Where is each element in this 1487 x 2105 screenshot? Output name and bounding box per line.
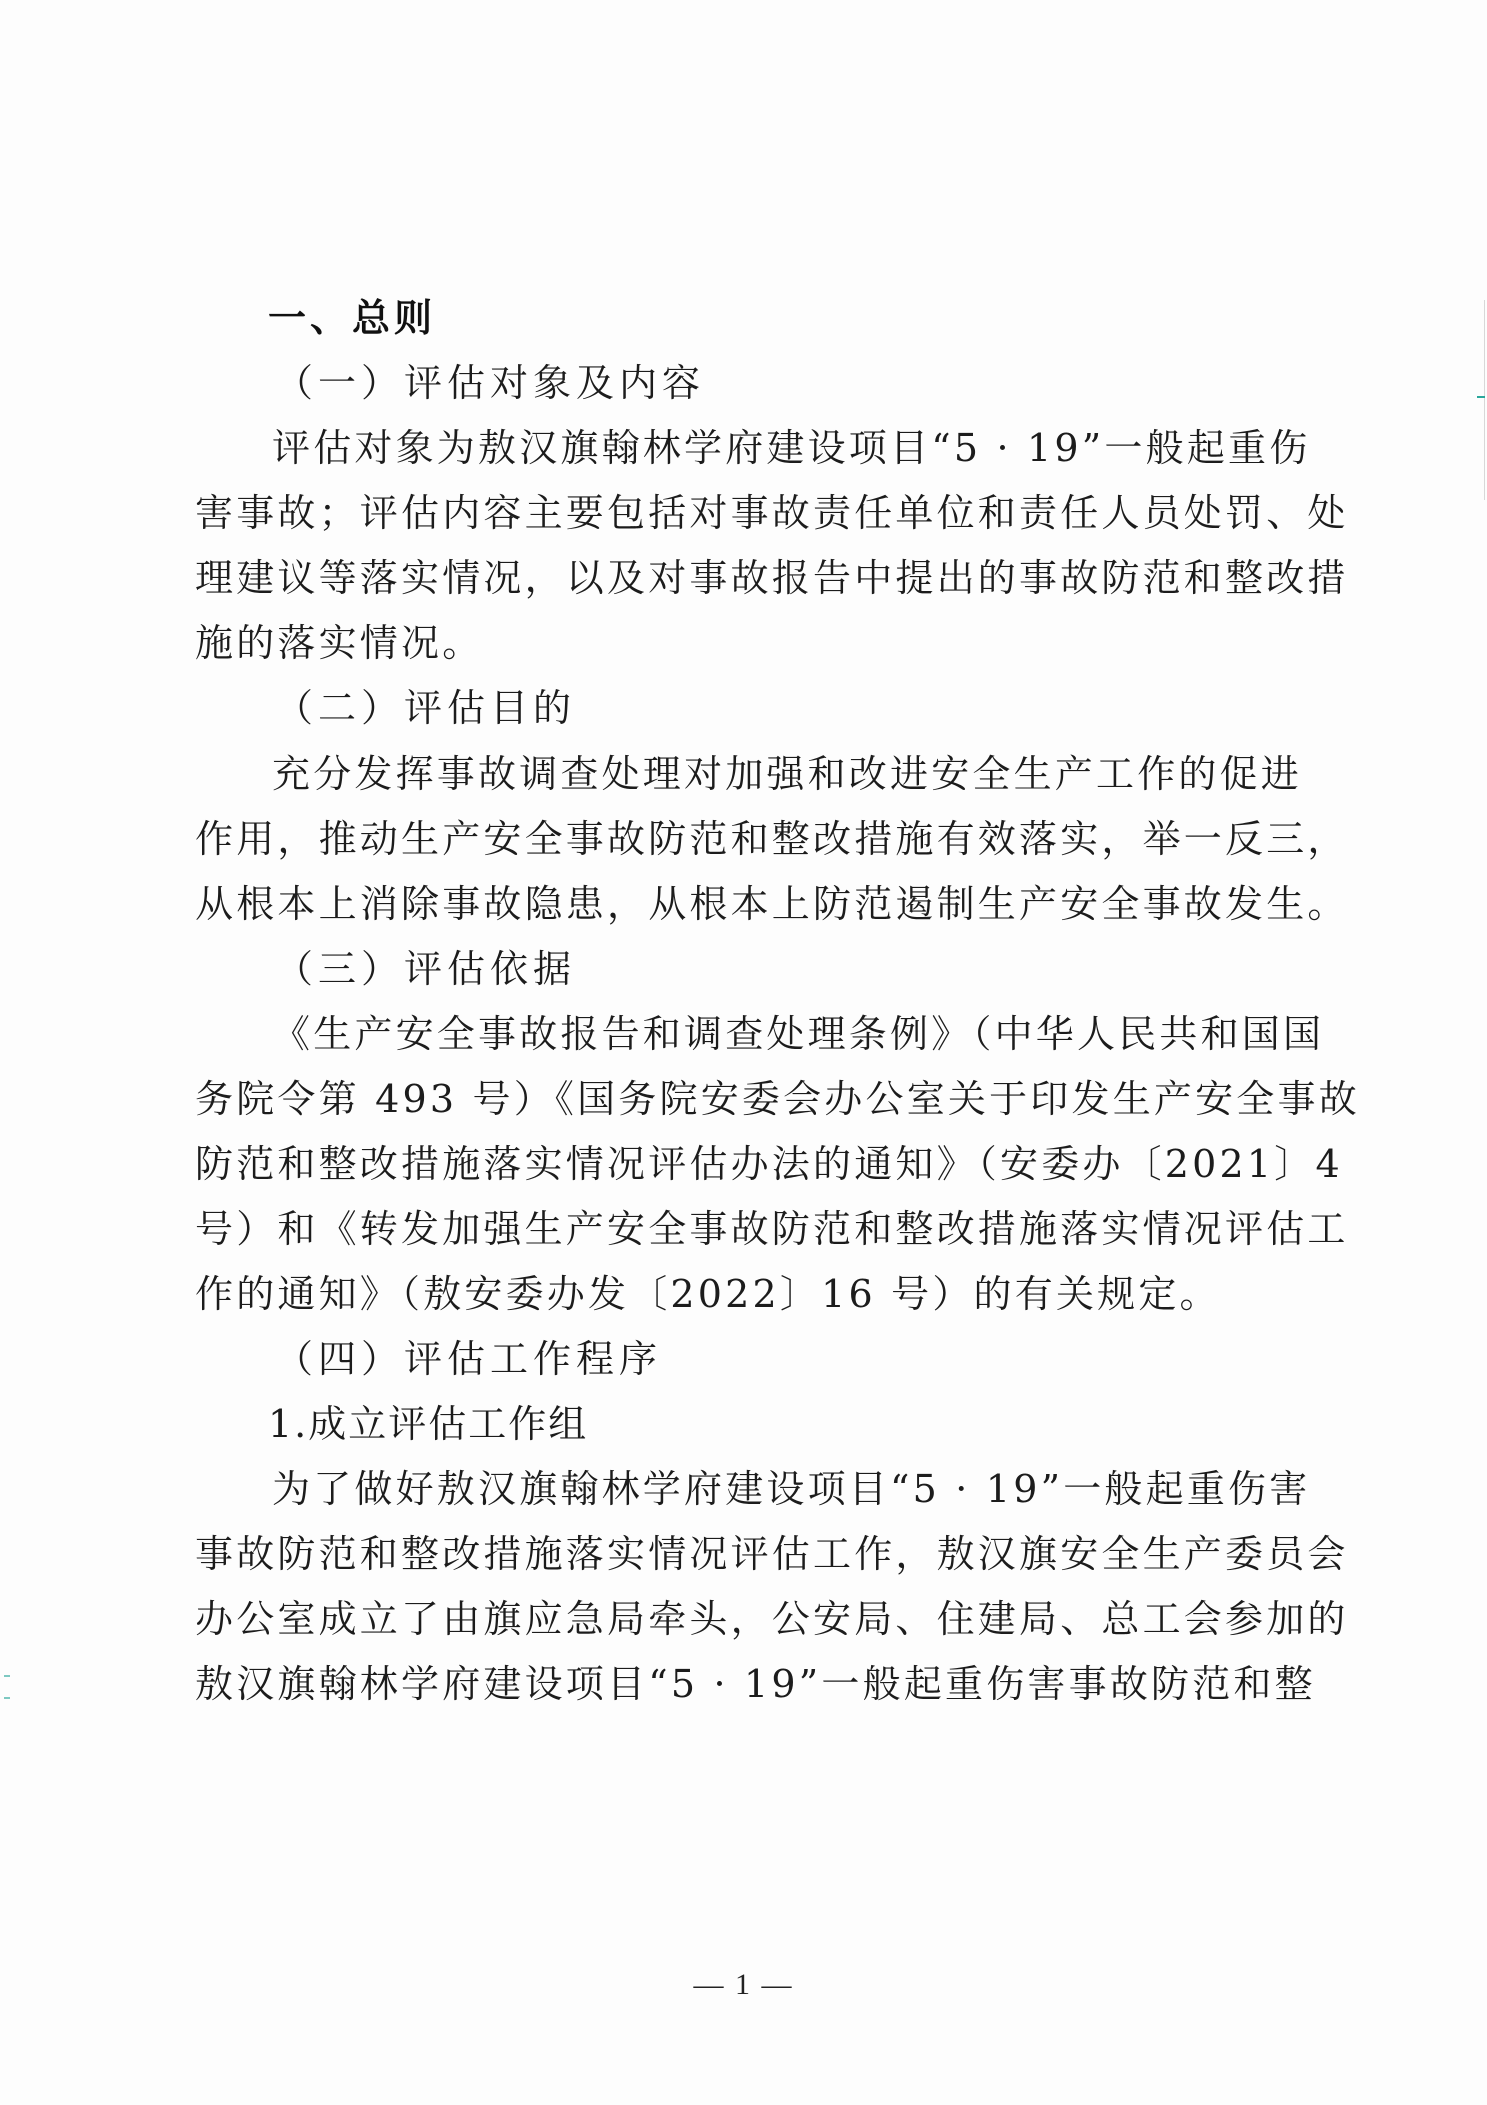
section-heading: 一、总则 — [268, 292, 1388, 344]
paragraph-line: 理建议等落实情况，以及对事故报告中提出的事故防范和整改措 — [195, 552, 1315, 604]
paragraph-line: 务院令第 493 号）《国务院安委会办公室关于印发生产安全事故 — [195, 1073, 1315, 1125]
paragraph-line: 从根本上消除事故隐患，从根本上防范遏制生产安全事故发生。 — [195, 878, 1315, 930]
document-page: 一、总则 （一）评估对象及内容 评估对象为敖汉旗翰林学府建设项目“5 · 19”… — [0, 0, 1487, 2105]
paragraph-line: 防范和整改措施落实情况评估办法的通知》（安委办〔2021〕4 — [195, 1138, 1315, 1190]
paragraph-line: 为了做好敖汉旗翰林学府建设项目“5 · 19”一般起重伤害 — [272, 1463, 1317, 1515]
paragraph-line: 充分发挥事故调查处理对加强和改进安全生产工作的促进 — [272, 748, 1317, 800]
page-number: — 1 — — [0, 1968, 1487, 2002]
paragraph-line: 事故防范和整改措施落实情况评估工作，敖汉旗安全生产委员会 — [195, 1528, 1315, 1580]
item-heading: 1.成立评估工作组 — [268, 1398, 1388, 1450]
scan-mark — [1477, 396, 1485, 398]
paragraph-line: 《生产安全事故报告和调查处理条例》（中华人民共和国国 — [272, 1008, 1317, 1060]
paragraph-line: 号）和《转发加强生产安全事故防范和整改措施落实情况评估工 — [195, 1203, 1315, 1255]
subsection-heading-3: （三）评估依据 — [275, 943, 1395, 995]
paragraph-line: 作的通知》（敖安委办发〔2022〕16 号）的有关规定。 — [195, 1268, 1315, 1320]
subsection-heading-4: （四）评估工作程序 — [275, 1333, 1395, 1385]
subsection-heading-1: （一）评估对象及内容 — [275, 357, 1395, 409]
paragraph-line: 害事故；评估内容主要包括对事故责任单位和责任人员处罚、处 — [195, 487, 1315, 539]
paragraph-line: 敖汉旗翰林学府建设项目“5 · 19”一般起重伤害事故防范和整 — [195, 1658, 1315, 1710]
scan-mark — [4, 1697, 10, 1699]
subsection-heading-2: （二）评估目的 — [275, 682, 1395, 734]
scan-edge-line — [1484, 300, 1485, 500]
scan-mark — [4, 1675, 10, 1677]
paragraph-line: 办公室成立了由旗应急局牵头，公安局、住建局、总工会参加的 — [195, 1593, 1315, 1645]
paragraph-line: 作用，推动生产安全事故防范和整改措施有效落实，举一反三， — [195, 813, 1315, 865]
paragraph-line: 评估对象为敖汉旗翰林学府建设项目“5 · 19”一般起重伤 — [272, 422, 1317, 474]
paragraph-line: 施的落实情况。 — [195, 617, 1315, 669]
